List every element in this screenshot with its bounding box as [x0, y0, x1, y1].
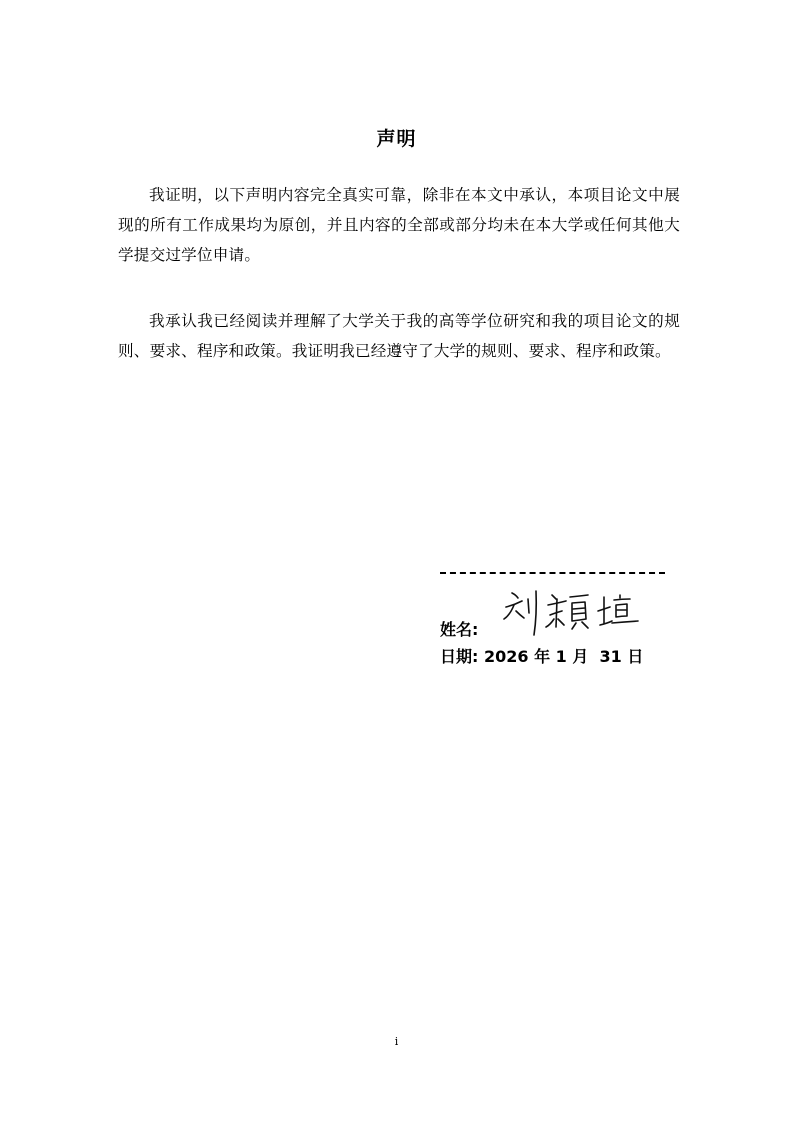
name-row: 姓名:	[440, 600, 478, 640]
page-number: i	[0, 1035, 793, 1048]
handwritten-signature: 刘颖煊	[500, 585, 650, 640]
document-page: 声明 我证明，以下声明内容完全真实可靠，除非在本文中承认，本项目论文中展现的所有…	[0, 0, 793, 1122]
date-row: 日期: 2026 年 1 月 31 日	[440, 646, 643, 668]
page-title: 声明	[0, 124, 793, 151]
name-label: 姓名:	[440, 620, 478, 640]
declaration-paragraph-2: 我承认我已经阅读并理解了大学关于我的高等学位研究和我的项目论文的规则、要求、程序…	[118, 306, 680, 366]
declaration-paragraph-1: 我证明，以下声明内容完全真实可靠，除非在本文中承认，本项目论文中展现的所有工作成…	[118, 180, 680, 270]
signature-line	[440, 572, 665, 574]
date-label: 日期:	[440, 647, 478, 666]
date-value: 2026 年 1 月 31 日	[478, 647, 643, 666]
